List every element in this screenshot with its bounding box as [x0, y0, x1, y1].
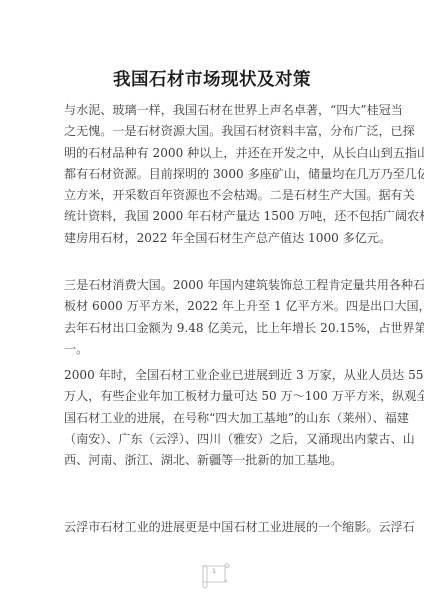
- text-line: 三是石材消费大国。2000 年国内建筑装饰总工程肯定量共用各种石: [64, 275, 360, 296]
- text-line: 万人，有些企业年加工板材力量可达 50 万～100 万平方米，纵观全: [64, 386, 360, 407]
- text-line: 立方米，开采数百年资源也不会枯竭。二是石材生产大国。据有关: [64, 185, 360, 206]
- scroll-icon: [197, 560, 231, 590]
- text-line: 统计资料，我国 2000 年石材产量达 1500 万吨，还不包括广阔农村: [64, 206, 360, 227]
- text-line: 建房用石材，2022 年全国石材生产总产值达 1000 多亿元。: [64, 228, 360, 249]
- text-line: 云浮市石材工业的进展更是中国石材工业进展的一个缩影。云浮石: [64, 517, 360, 538]
- text-line: 之无愧。一是石材资源大国。我国石材资料丰富，分布广泛，已探: [64, 121, 360, 142]
- text-line: （南安）、广东（云浮）、四川（雅安）之后，又涌现出内蒙古、山: [64, 429, 360, 450]
- text-line: 都有石材资源。目前探明的 3000 多座矿山，储量均在几万乃至几亿: [64, 164, 360, 185]
- paragraph-1: 与水泥、玻璃一样，我国石材在世界上声名卓著，“四大”桂冠当 之无愧。一是石材资源…: [64, 100, 360, 249]
- page-footer: 1: [197, 560, 231, 590]
- paragraph-4: 云浮市石材工业的进展更是中国石材工业进展的一个缩影。云浮石: [64, 517, 360, 538]
- text-line: 国石材工业的进展，在号称“四大加工基地”的山东（莱州）、福建: [64, 408, 360, 429]
- paragraph-3: 2000 年时，全国石材工业企业已进展到近 3 万家，从业人员达 550 万人，…: [64, 365, 360, 471]
- text-line: 明的石材品种有 2000 种以上，并还在开发之中，从长白山到五指山: [64, 143, 360, 164]
- paragraph-2: 三是石材消费大国。2000 年国内建筑装饰总工程肯定量共用各种石 板材 6000…: [64, 275, 360, 360]
- text-line: 去年石材出口金额为 9.48 亿美元，比上年增长 20.15%，占世界第: [64, 318, 360, 339]
- document-title: 我国石材市场现状及对策: [0, 66, 424, 91]
- text-line: 西、河南、浙江、湖北、新疆等一批新的加工基地。: [64, 450, 360, 471]
- page-number: 1: [197, 568, 231, 575]
- text-line: 2000 年时，全国石材工业企业已进展到近 3 万家，从业人员达 550: [64, 365, 360, 386]
- text-line: 板材 6000 万平方米，2022 年上升至 1 亿平方米。四是出口大国，: [64, 296, 360, 317]
- text-line: 一。: [64, 339, 360, 360]
- text-line: 与水泥、玻璃一样，我国石材在世界上声名卓著，“四大”桂冠当: [64, 100, 360, 121]
